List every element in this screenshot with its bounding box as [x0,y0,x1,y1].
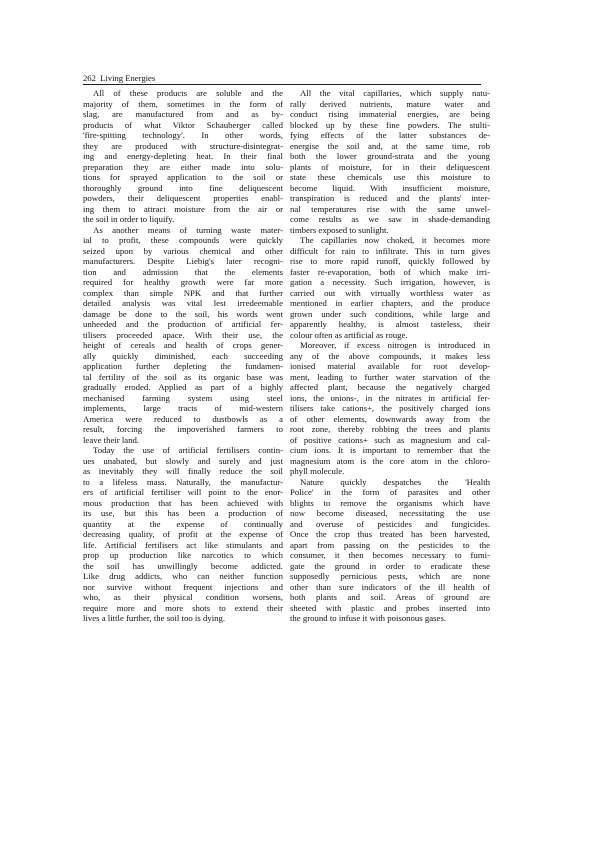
text-line: detailed analysis was vital lest irredee… [83,298,283,309]
text-line: All of these products are soluble and th… [83,88,283,99]
text-line: nal temperatures rise with the same unwe… [290,204,490,215]
text-line: come results as we saw in shade-demandin… [290,214,490,225]
text-line: state these chemicals use this moisture … [290,172,490,183]
text-line: Like drug addicts, who can neither funct… [83,571,283,582]
text-line: tions for sprayed application to the soi… [83,172,283,183]
text-line: preparation they are either made into so… [83,162,283,173]
text-line: unheeded and the production of artificia… [83,319,283,330]
text-line: require more and more shots to extend th… [83,603,283,614]
text-line: become liquid. With insufficient moistur… [290,183,490,194]
text-line: any of the above compounds, it makes les… [290,351,490,362]
text-line: the ground to infuse it with poisonous g… [290,613,490,624]
text-line: tilisers proceeded apace. With their use… [83,330,283,341]
text-line: transpiration is reduced and the plants'… [290,193,490,204]
running-header: 262 Living Energies [83,73,481,85]
text-line: ers of artificial fertiliser will point … [83,487,283,498]
text-line: tal fertility of the soil as its organic… [83,372,283,383]
text-line: of other elements, downwards away from t… [290,414,490,425]
text-line: supposedly pernicious pests, which are n… [290,571,490,582]
text-line: mentioned in earlier chapters, and the p… [290,298,490,309]
text-line: All the vital capillaries, which supply … [290,88,490,99]
text-line: as inevitably they will finally reduce t… [83,466,283,477]
text-line: Once the crop thus treated has been harv… [290,529,490,540]
text-line: products of what Viktor Schauberger call… [83,120,283,131]
text-line: root zone, thereby robbing the trees and… [290,424,490,435]
text-line: apparently healthy, is almost tasteless,… [290,319,490,330]
text-line: ally quickly diminished, each succeeding [83,351,283,362]
text-line: ions, the onions-, in the nitrates in ar… [290,393,490,404]
text-line: ing and energy-depleting heat. In their … [83,151,283,162]
text-line: gation a necessity. Such irrigation, how… [290,277,490,288]
text-line: thoroughly ground into fine deliquescent [83,183,283,194]
text-line: fying effects of the latter substances d… [290,130,490,141]
text-line: energise the soil and, at the same time,… [290,141,490,152]
text-line: apart from passing on the pesticides to … [290,540,490,551]
text-line: consumer, it then becomes necessary to f… [290,550,490,561]
text-line: plants of moisture, for in their delique… [290,162,490,173]
text-line: now become diseased, necessitating the u… [290,508,490,519]
text-line: faster re-evaporation, both of which mak… [290,267,490,278]
text-line: height of cereals and health of crops ge… [83,340,283,351]
text-line: nor survive without frequent injections … [83,582,283,593]
text-line: timbers exposed to sunlight. [290,225,490,236]
text-line: of positive cations+ such as magnesium a… [290,435,490,446]
text-line: required for healthy growth were far mor… [83,277,283,288]
text-line: ing them to attract moisture from the ai… [83,204,283,215]
text-line: the soil has unwillingly become addicted… [83,561,283,572]
text-line: ial to profit, these compounds were quic… [83,235,283,246]
text-line: seized upon by various chemical and othe… [83,246,283,257]
text-line: to a lifeless mass. Naturally, the manuf… [83,477,283,488]
text-line: As another means of turning waste mater- [83,225,283,236]
text-line: gate the ground in order to eradicate th… [290,561,490,572]
text-line: phyll molecule. [290,466,490,477]
text-line: both plants and soil. Areas of ground ar… [290,592,490,603]
text-line: quantity at the expense of continually [83,519,283,530]
running-title: Living Energies [100,73,155,83]
text-line: who, as their physical condition worsens… [83,592,283,603]
text-line: mechanised farming system using steel [83,393,283,404]
text-line: lives a little further, the soil too is … [83,613,283,624]
text-line: majority of them, sometimes in the form … [83,99,283,110]
text-line: complex than simple NPK and that further [83,288,283,299]
text-line: cium ions. It is important to remember t… [290,445,490,456]
text-line: slag, are manufactured from and as by- [83,109,283,120]
text-line: magnesium atom is the core atom in the c… [290,456,490,467]
text-line: Nature quickly despatches the 'Health [290,477,490,488]
text-line: Today the use of artificial fertilisers … [83,445,283,456]
text-line: Moreover, if excess nitrogen is introduc… [290,340,490,351]
text-line: leave their land. [83,435,283,446]
text-line: ues unabated, but slowly and surely and … [83,456,283,467]
text-line: damage be done to the soil, his words we… [83,309,283,320]
text-line: 'fire-spitting technology'. In other wor… [83,130,283,141]
text-line: blocked up by these fine powders. The st… [290,120,490,131]
text-line: carried out with virtually worthless wat… [290,288,490,299]
text-line: affected plant, because the negatively c… [290,382,490,393]
text-line: implements, large tracts of mid-western [83,403,283,414]
text-line: conduct rising immaterial energies, are … [290,109,490,120]
text-line: both the lower ground-strata and the you… [290,151,490,162]
text-line: mous production that has been achieved w… [83,498,283,509]
text-line: and overuse of pesticides and fungicides… [290,519,490,530]
text-line: Police' in the form of parasites and oth… [290,487,490,498]
text-line: rally derived nutrients, mature water an… [290,99,490,110]
text-line: colour often as artificial as rouge. [290,330,490,341]
text-line: life. Artificial fertilisers act like st… [83,540,283,551]
text-line: ionised material available for root deve… [290,361,490,372]
text-line: decreasing quality, of profit at the exp… [83,529,283,540]
left-column: All of these products are soluble and th… [83,88,283,624]
text-line: its use, but this has been a production … [83,508,283,519]
text-line: the soil in order to liquify. [83,214,283,225]
text-line: powders, their deliquescent properties e… [83,193,283,204]
text-line: other than sure indicators of the ill he… [290,582,490,593]
text-line: sheeted with plastic and probes inserted… [290,603,490,614]
text-line: The capillaries now choked, it becomes m… [290,235,490,246]
text-line: result, forcing the impoverished farmers… [83,424,283,435]
text-line: blights to remove the organisms which ha… [290,498,490,509]
right-column: All the vital capillaries, which supply … [290,88,490,624]
text-line: difficult for rain to infiltrate. This i… [290,246,490,257]
text-line: America were reduced to dustbowls as a [83,414,283,425]
text-line: prop up production like narcotics to whi… [83,550,283,561]
text-line: they are produced with structure-disinte… [83,141,283,152]
text-line: grown under such conditions, while large… [290,309,490,320]
text-line: application further depleting the fundam… [83,361,283,372]
text-line: tilisers take cations+, the positively c… [290,403,490,414]
text-line: gradually eroded. Applied as part of a h… [83,382,283,393]
text-line: ment, leading to further water starvatio… [290,372,490,383]
page-number: 262 [83,73,96,83]
text-line: manufacturers. Despite Liebig's later re… [83,256,283,267]
text-line: tion and admission that the elements [83,267,283,278]
text-line: rise to more rapid runoff, quickly follo… [290,256,490,267]
